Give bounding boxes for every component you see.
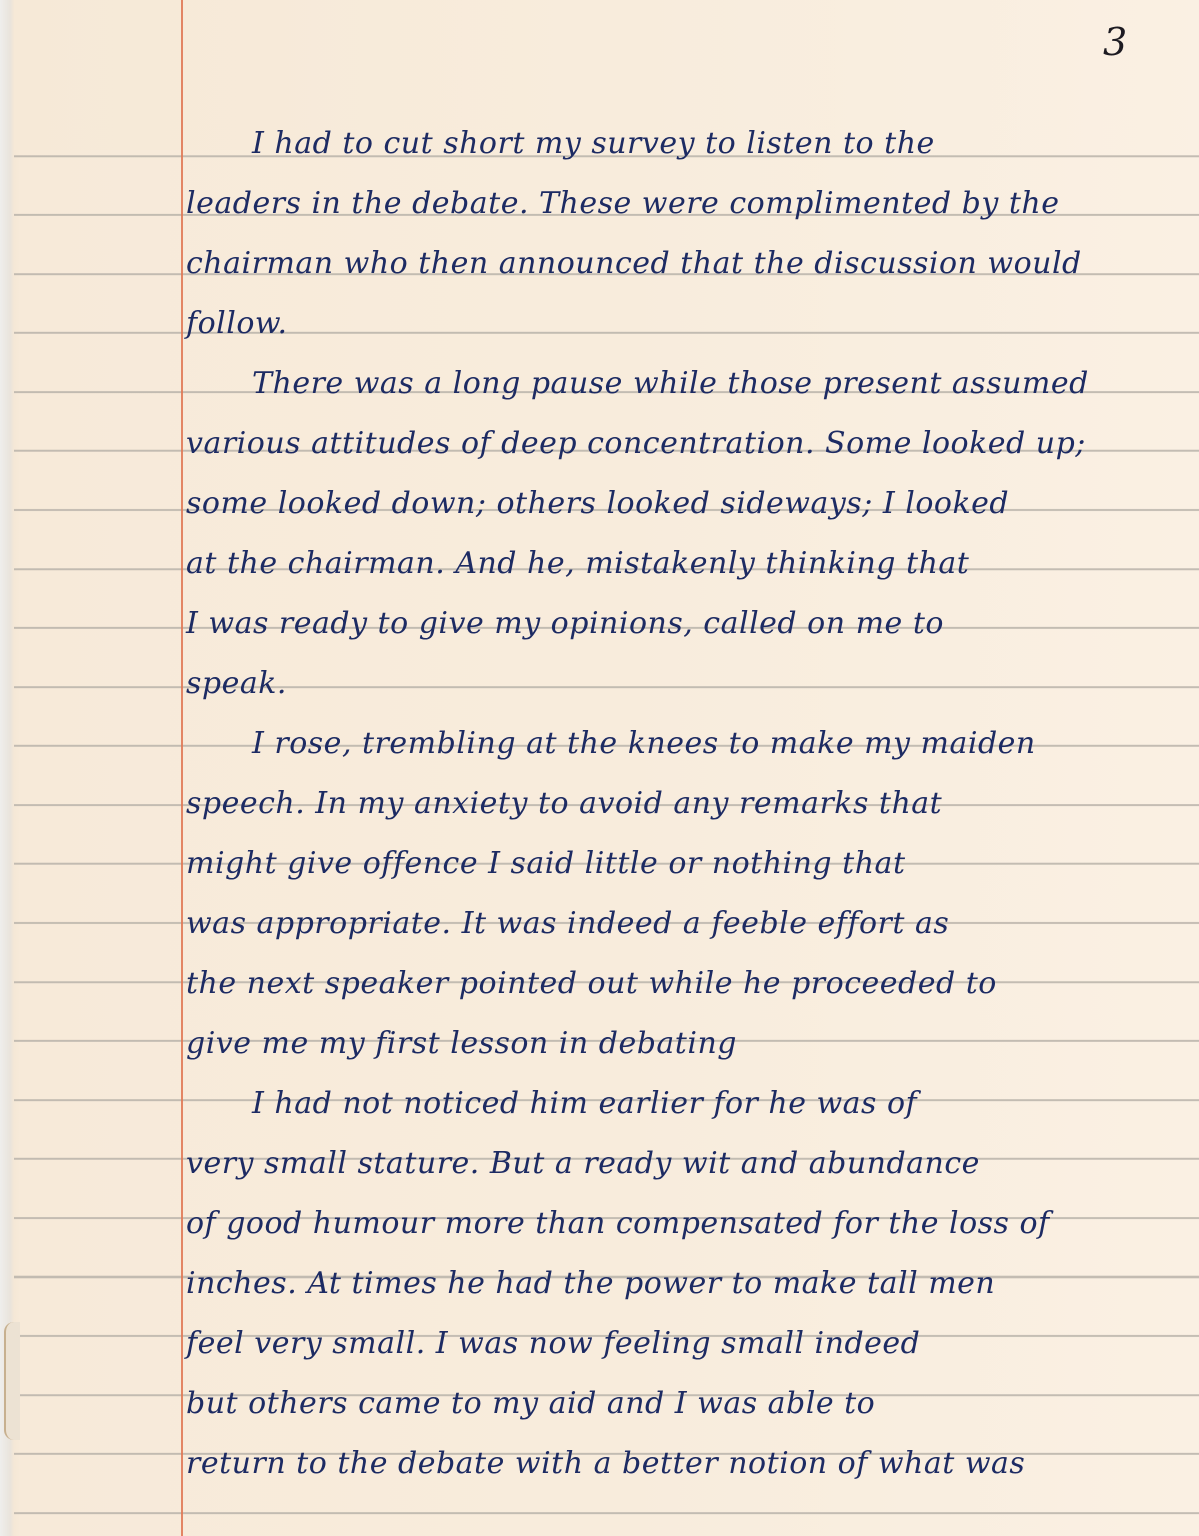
text-line: the next speaker pointed out while he pr… bbox=[186, 964, 1176, 1004]
text-line: I rose, trembling at the knees to make m… bbox=[186, 724, 1199, 764]
red-margin-line bbox=[181, 0, 183, 1536]
text-line: follow. bbox=[186, 304, 1176, 344]
text-line: return to the debate with a better notio… bbox=[186, 1444, 1176, 1484]
text-line: some looked down; others looked sideways… bbox=[186, 484, 1176, 524]
text-line: chairman who then announced that the dis… bbox=[186, 244, 1176, 284]
text-line: speech. In my anxiety to avoid any remar… bbox=[186, 784, 1176, 824]
text-line: feel very small. I was now feeling small… bbox=[186, 1324, 1176, 1364]
text-line: very small stature. But a ready wit and … bbox=[186, 1144, 1176, 1184]
text-line: various attitudes of deep concentration.… bbox=[186, 424, 1176, 464]
text-line: give me my first lesson in debating bbox=[186, 1024, 1176, 1064]
text-line: I had not noticed him earlier for he was… bbox=[186, 1084, 1199, 1124]
text-line: but others came to my aid and I was able… bbox=[186, 1384, 1176, 1424]
text-line: of good humour more than compensated for… bbox=[186, 1204, 1176, 1244]
text-line: was appropriate. It was indeed a feeble … bbox=[186, 904, 1176, 944]
text-line: There was a long pause while those prese… bbox=[186, 364, 1199, 404]
text-line: leaders in the debate. These were compli… bbox=[186, 184, 1176, 224]
text-line: I had to cut short my survey to listen t… bbox=[186, 124, 1199, 164]
ruled-lines bbox=[14, 0, 1199, 1536]
text-line: speak. bbox=[186, 664, 1176, 704]
text-line: at the chairman. And he, mistakenly thin… bbox=[186, 544, 1176, 584]
text-line: inches. At times he had the power to mak… bbox=[186, 1264, 1176, 1304]
handwritten-page: 3 I had to cut short my survey to listen… bbox=[0, 0, 1199, 1536]
page-number: 3 bbox=[1103, 20, 1127, 64]
text-line: might give offence I said little or noth… bbox=[186, 844, 1176, 884]
torn-edge bbox=[4, 1322, 20, 1440]
paper-edge bbox=[0, 0, 14, 1536]
text-line: I was ready to give my opinions, called … bbox=[186, 604, 1176, 644]
